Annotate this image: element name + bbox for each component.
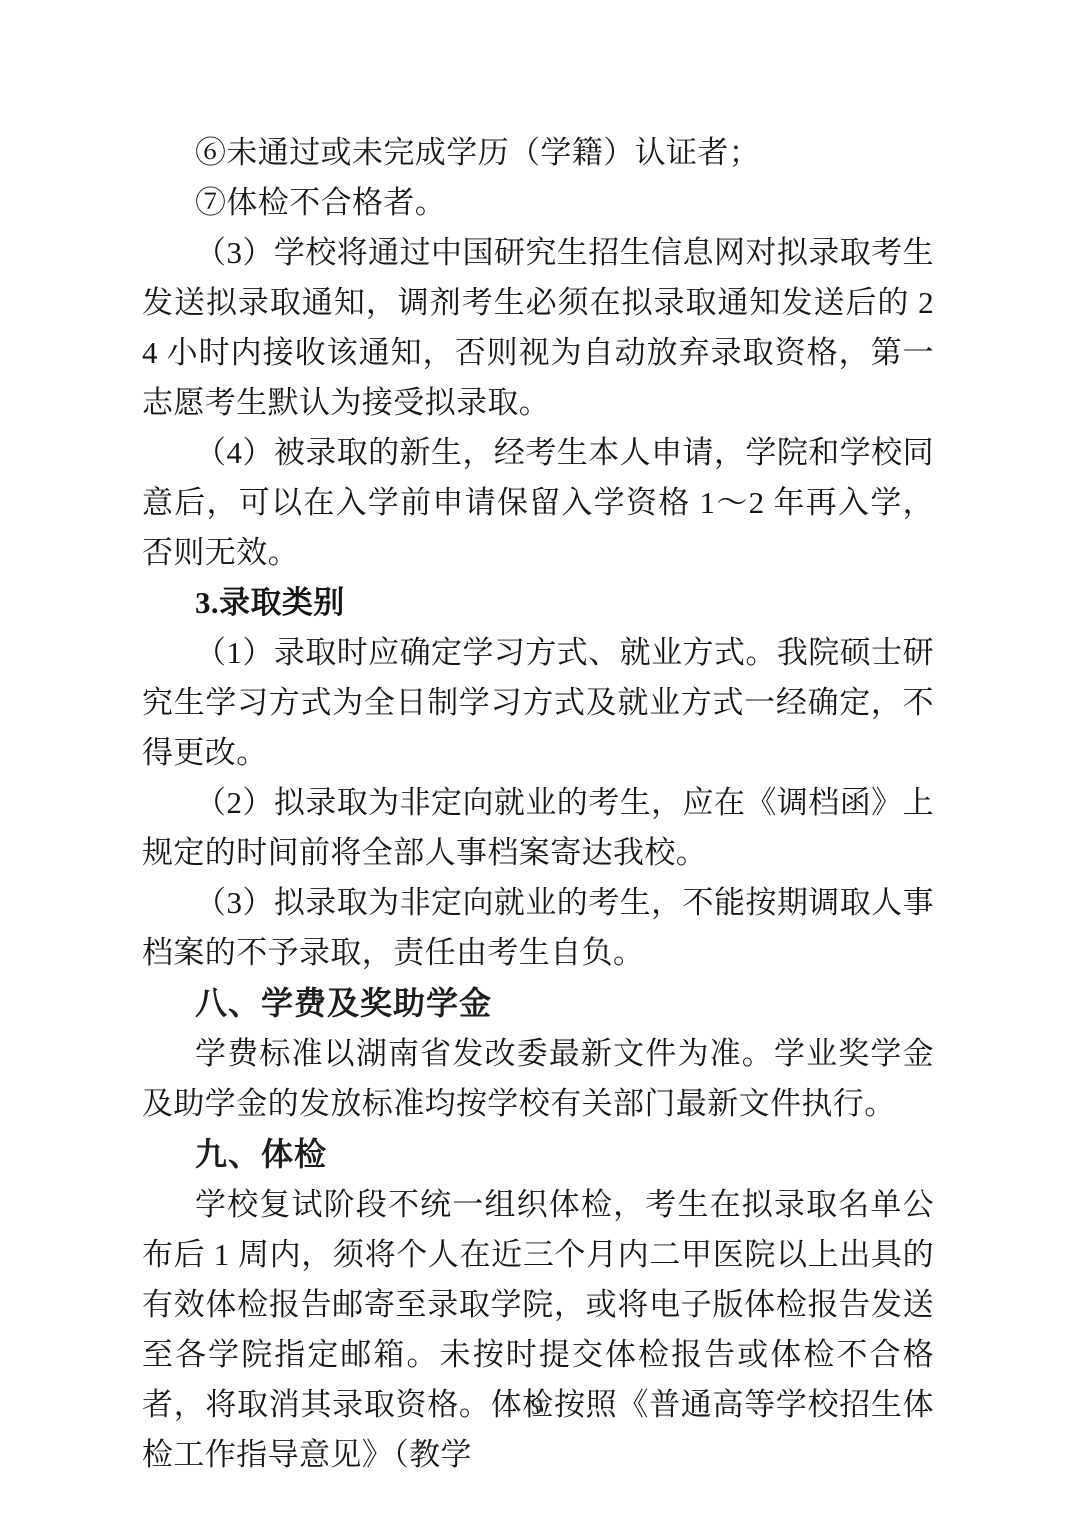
paragraph-archive-transfer: （2）拟录取为非定向就业的考生，应在《调档函》上规定的时间前将全部人事档案寄达我…: [142, 778, 934, 878]
paragraph-deferred-enrollment: （4）被录取的新生，经考生本人申请，学院和学校同意后，可以在入学前申请保留入学资…: [142, 428, 934, 578]
paragraph-tuition-standard: 学费标准以湖南省发改委最新文件为准。学业奖学金及助学金的发放标准均按学校有关部门…: [142, 1029, 934, 1129]
paragraph-admission-notice: （3）学校将通过中国研究生招生信息网对拟录取考生发送拟录取通知，调剂考生必须在拟…: [142, 228, 934, 428]
sub-heading-admission-category: 3.录取类别: [142, 578, 934, 628]
list-item-6: ⑥未通过或未完成学历（学籍）认证者；: [142, 128, 934, 178]
paragraph-archive-responsibility: （3）拟录取为非定向就业的考生，不能按期调取人事档案的不予录取，责任由考生自负。: [142, 878, 934, 978]
paragraph-study-mode: （1）录取时应确定学习方式、就业方式。我院硕士研究生学习方式为全日制学习方式及就…: [142, 628, 934, 778]
document-page: ⑥未通过或未完成学历（学籍）认证者； ⑦体检不合格者。 （3）学校将通过中国研究…: [0, 0, 1074, 1520]
paragraph-physical-exam: 学校复试阶段不统一组织体检，考生在拟录取名单公布后 1 周内，须将个人在近三个月…: [142, 1180, 934, 1480]
page-content: ⑥未通过或未完成学历（学籍）认证者； ⑦体检不合格者。 （3）学校将通过中国研究…: [142, 128, 934, 1480]
page-number: 9: [0, 1392, 1074, 1422]
section-heading-physical-exam: 九、体检: [142, 1129, 934, 1180]
list-item-7: ⑦体检不合格者。: [142, 178, 934, 228]
section-heading-tuition-scholarship: 八、学费及奖助学金: [142, 978, 934, 1029]
